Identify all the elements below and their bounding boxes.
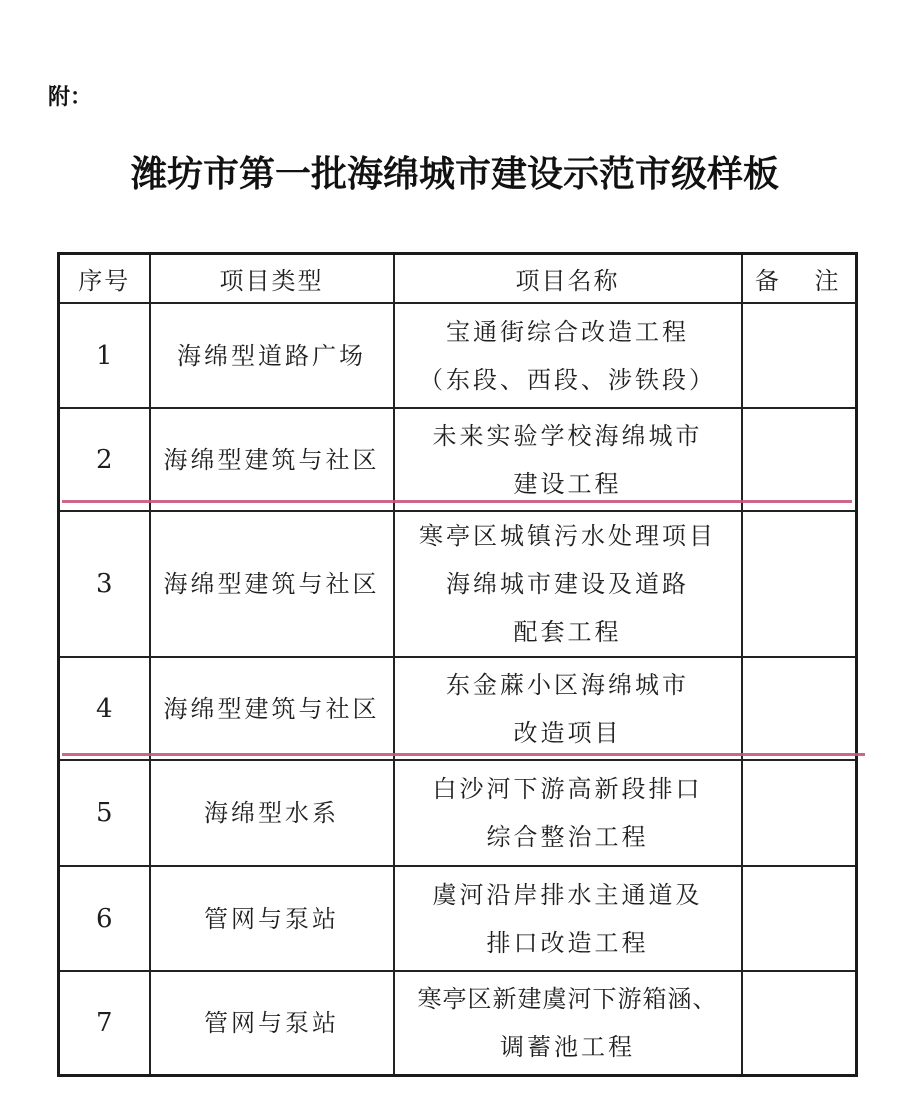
remarks-cell	[742, 303, 857, 408]
project-name-line: 未来实验学校海绵城市	[395, 412, 741, 460]
project-type: 海绵型建筑与社区	[150, 657, 394, 760]
table-row: 7 管网与泵站 寒亭区新建虞河下游箱涵、 调蓄池工程	[59, 971, 857, 1076]
table-row: 3 海绵型建筑与社区 寒亭区城镇污水处理项目 海绵城市建设及道路 配套工程	[59, 511, 857, 657]
remarks-cell	[742, 760, 857, 866]
project-name-line: 配套工程	[395, 608, 741, 656]
project-name-line: 白沙河下游高新段排口	[395, 765, 741, 813]
table-row: 4 海绵型建筑与社区 东金蔴小区海绵城市 改造项目	[59, 657, 857, 760]
project-name: 未来实验学校海绵城市 建设工程	[394, 408, 742, 511]
remarks-cell	[742, 971, 857, 1076]
table-row: 6 管网与泵站 虞河沿岸排水主通道及 排口改造工程	[59, 866, 857, 971]
pink-pen-underline	[62, 753, 865, 756]
project-type: 海绵型道路广场	[150, 303, 394, 408]
header-remarks: 备 注	[742, 254, 857, 304]
remarks-cell	[742, 408, 857, 511]
remarks-cell	[742, 511, 857, 657]
project-name: 白沙河下游高新段排口 综合整治工程	[394, 760, 742, 866]
project-name: 虞河沿岸排水主通道及 排口改造工程	[394, 866, 742, 971]
project-name-line: 调蓄池工程	[395, 1023, 741, 1071]
row-number: 6	[59, 866, 150, 971]
table-row: 1 海绵型道路广场 宝通街综合改造工程 （东段、西段、涉铁段）	[59, 303, 857, 408]
project-name-line: 虞河沿岸排水主通道及	[395, 871, 741, 919]
table-row: 2 海绵型建筑与社区 未来实验学校海绵城市 建设工程	[59, 408, 857, 511]
project-name: 宝通街综合改造工程 （东段、西段、涉铁段）	[394, 303, 742, 408]
attachment-label: 附：	[48, 80, 92, 111]
project-name-line: 排口改造工程	[395, 919, 741, 967]
remarks-cell	[742, 866, 857, 971]
project-type: 海绵型水系	[150, 760, 394, 866]
project-name: 寒亭区城镇污水处理项目 海绵城市建设及道路 配套工程	[394, 511, 742, 657]
row-number: 4	[59, 657, 150, 760]
project-name-line: 宝通街综合改造工程	[395, 308, 741, 356]
project-type: 管网与泵站	[150, 866, 394, 971]
remarks-cell	[742, 657, 857, 760]
project-name: 东金蔴小区海绵城市 改造项目	[394, 657, 742, 760]
table-header-row: 序号 项目类型 项目名称 备 注	[59, 254, 857, 304]
project-type: 管网与泵站	[150, 971, 394, 1076]
header-project-name: 项目名称	[394, 254, 742, 304]
project-name-line: 东金蔴小区海绵城市	[395, 661, 741, 709]
project-name-line: （东段、西段、涉铁段）	[395, 356, 741, 404]
project-name: 寒亭区新建虞河下游箱涵、 调蓄池工程	[394, 971, 742, 1076]
projects-table: 序号 项目类型 项目名称 备 注 1 海绵型道路广场 宝通街综合改造工程 （东段…	[57, 252, 858, 1077]
project-name-line: 改造项目	[395, 709, 741, 757]
table-row: 5 海绵型水系 白沙河下游高新段排口 综合整治工程	[59, 760, 857, 866]
pink-pen-underline	[62, 500, 852, 503]
row-number: 2	[59, 408, 150, 511]
header-project-type: 项目类型	[150, 254, 394, 304]
document-title: 潍坊市第一批海绵城市建设示范市级样板	[0, 146, 910, 197]
row-number: 1	[59, 303, 150, 408]
project-type: 海绵型建筑与社区	[150, 408, 394, 511]
project-name-line: 寒亭区新建虞河下游箱涵、	[395, 975, 741, 1023]
row-number: 3	[59, 511, 150, 657]
project-name-line: 综合整治工程	[395, 813, 741, 861]
project-name-line: 海绵城市建设及道路	[395, 560, 741, 608]
row-number: 7	[59, 971, 150, 1076]
project-name-line: 寒亭区城镇污水处理项目	[395, 512, 741, 560]
row-number: 5	[59, 760, 150, 866]
project-type: 海绵型建筑与社区	[150, 511, 394, 657]
header-serial-number: 序号	[59, 254, 150, 304]
